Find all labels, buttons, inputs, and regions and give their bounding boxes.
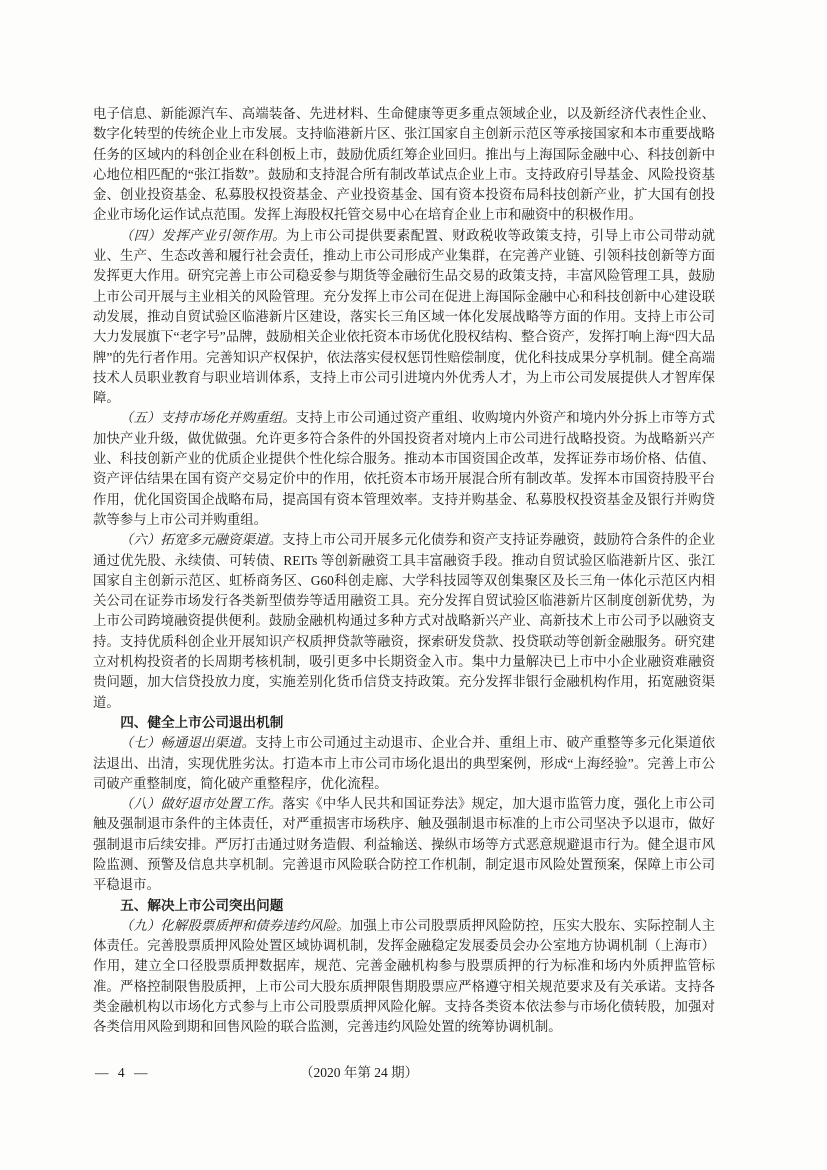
- page-footer: — 4 — （2020 年第 24 期）: [93, 1063, 715, 1085]
- item-lead-jiu: （九）化解股票质押和债券违约风险。: [120, 918, 350, 933]
- item-text-si: 为上市公司提供要素配置、财政税收等政策支持，引导上市公司带动就业、生产、生态改善…: [93, 228, 715, 405]
- paragraph-item-ba: （八）做好退市处置工作。落实《中华人民共和国证券法》规定，加大退市监管力度，强化…: [93, 794, 715, 895]
- page-number: — 4 —: [95, 1063, 151, 1083]
- paragraph-item-qi: （七）畅通退出渠道。支持上市公司通过主动退市、企业合并、重组上市、破产重整等多元…: [93, 733, 715, 794]
- document-body: 电子信息、新能源汽车、高端装备、先进材料、生命健康等更多重点领域企业，以及新经济…: [93, 104, 715, 1038]
- item-text-wu: 支持上市公司通过资产重组、收购境内外资产和境内外分拆上市等方式加快产业升级，做优…: [93, 410, 715, 526]
- paragraph-continuation: 电子信息、新能源汽车、高端装备、先进材料、生命健康等更多重点领域企业，以及新经济…: [93, 104, 715, 226]
- item-text-jiu: 加强上市公司股票质押风险防控，压实大股东、实际控制人主体责任。完善股票质押风险处…: [93, 918, 715, 1034]
- document-page: 电子信息、新能源汽车、高端装备、先进材料、生命健康等更多重点领域企业，以及新经济…: [0, 0, 827, 1170]
- item-lead-liu: （六）拓宽多元融资渠道。: [120, 532, 282, 547]
- issue-label: （2020 年第 24 期）: [300, 1063, 418, 1083]
- section-heading-exit-mechanism: 四、健全上市公司退出机制: [93, 713, 715, 733]
- item-lead-qi: （七）畅通退出渠道。: [120, 735, 255, 750]
- item-lead-wu: （五）支持市场化并购重组。: [120, 410, 296, 425]
- item-lead-ba: （八）做好退市处置工作。: [120, 796, 282, 811]
- paragraph-item-liu: （六）拓宽多元融资渠道。支持上市公司开展多元化债券和资产支持证券融资，鼓励符合条…: [93, 530, 715, 713]
- paragraph-item-si: （四）发挥产业引领作用。为上市公司提供要素配置、财政税收等政策支持，引导上市公司…: [93, 226, 715, 409]
- paragraph-item-wu: （五）支持市场化并购重组。支持上市公司通过资产重组、收购境内外资产和境内外分拆上…: [93, 408, 715, 530]
- item-text-liu: 支持上市公司开展多元化债券和资产支持证券融资，鼓励符合条件的企业通过优先股、永续…: [93, 532, 715, 709]
- item-lead-si: （四）发挥产业引领作用。: [120, 228, 286, 243]
- section-heading-outstanding-problems: 五、解决上市公司突出问题: [93, 896, 715, 916]
- paragraph-item-jiu: （九）化解股票质押和债券违约风险。加强上市公司股票质押风险防控，压实大股东、实际…: [93, 916, 715, 1038]
